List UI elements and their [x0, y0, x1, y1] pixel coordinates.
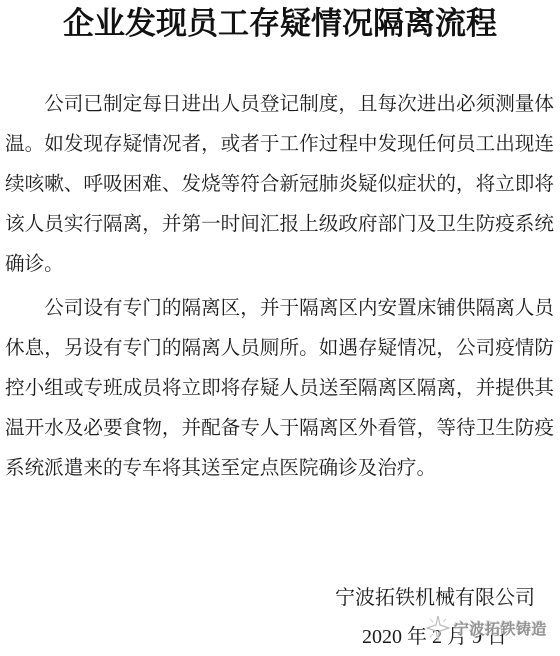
paragraph-quarantine-area: 公司设有专门的隔离区，并于隔离区内安置床铺供隔离人员休息，另设有专门的隔离人员厕… [5, 289, 554, 489]
paragraph-registration-policy: 公司已制定每日进出人员登记制度，且每次进出必须测量体温。如发现存疑情况者，或者于… [5, 85, 554, 285]
signature-date: 2020 年 2 月 9 日 [0, 618, 560, 656]
document-body: 公司已制定每日进出人员登记制度，且每次进出必须测量体温。如发现存疑情况者，或者于… [0, 85, 560, 489]
signature-block: 宁波拓铁机械有限公司 2020 年 2 月 9 日 [0, 578, 560, 656]
signature-company-name: 宁波拓铁机械有限公司 [0, 578, 560, 618]
document-title: 企业发现员工存疑情况隔离流程 [0, 0, 560, 44]
document-page: 企业发现员工存疑情况隔离流程 公司已制定每日进出人员登记制度，且每次进出必须测量… [0, 0, 560, 656]
